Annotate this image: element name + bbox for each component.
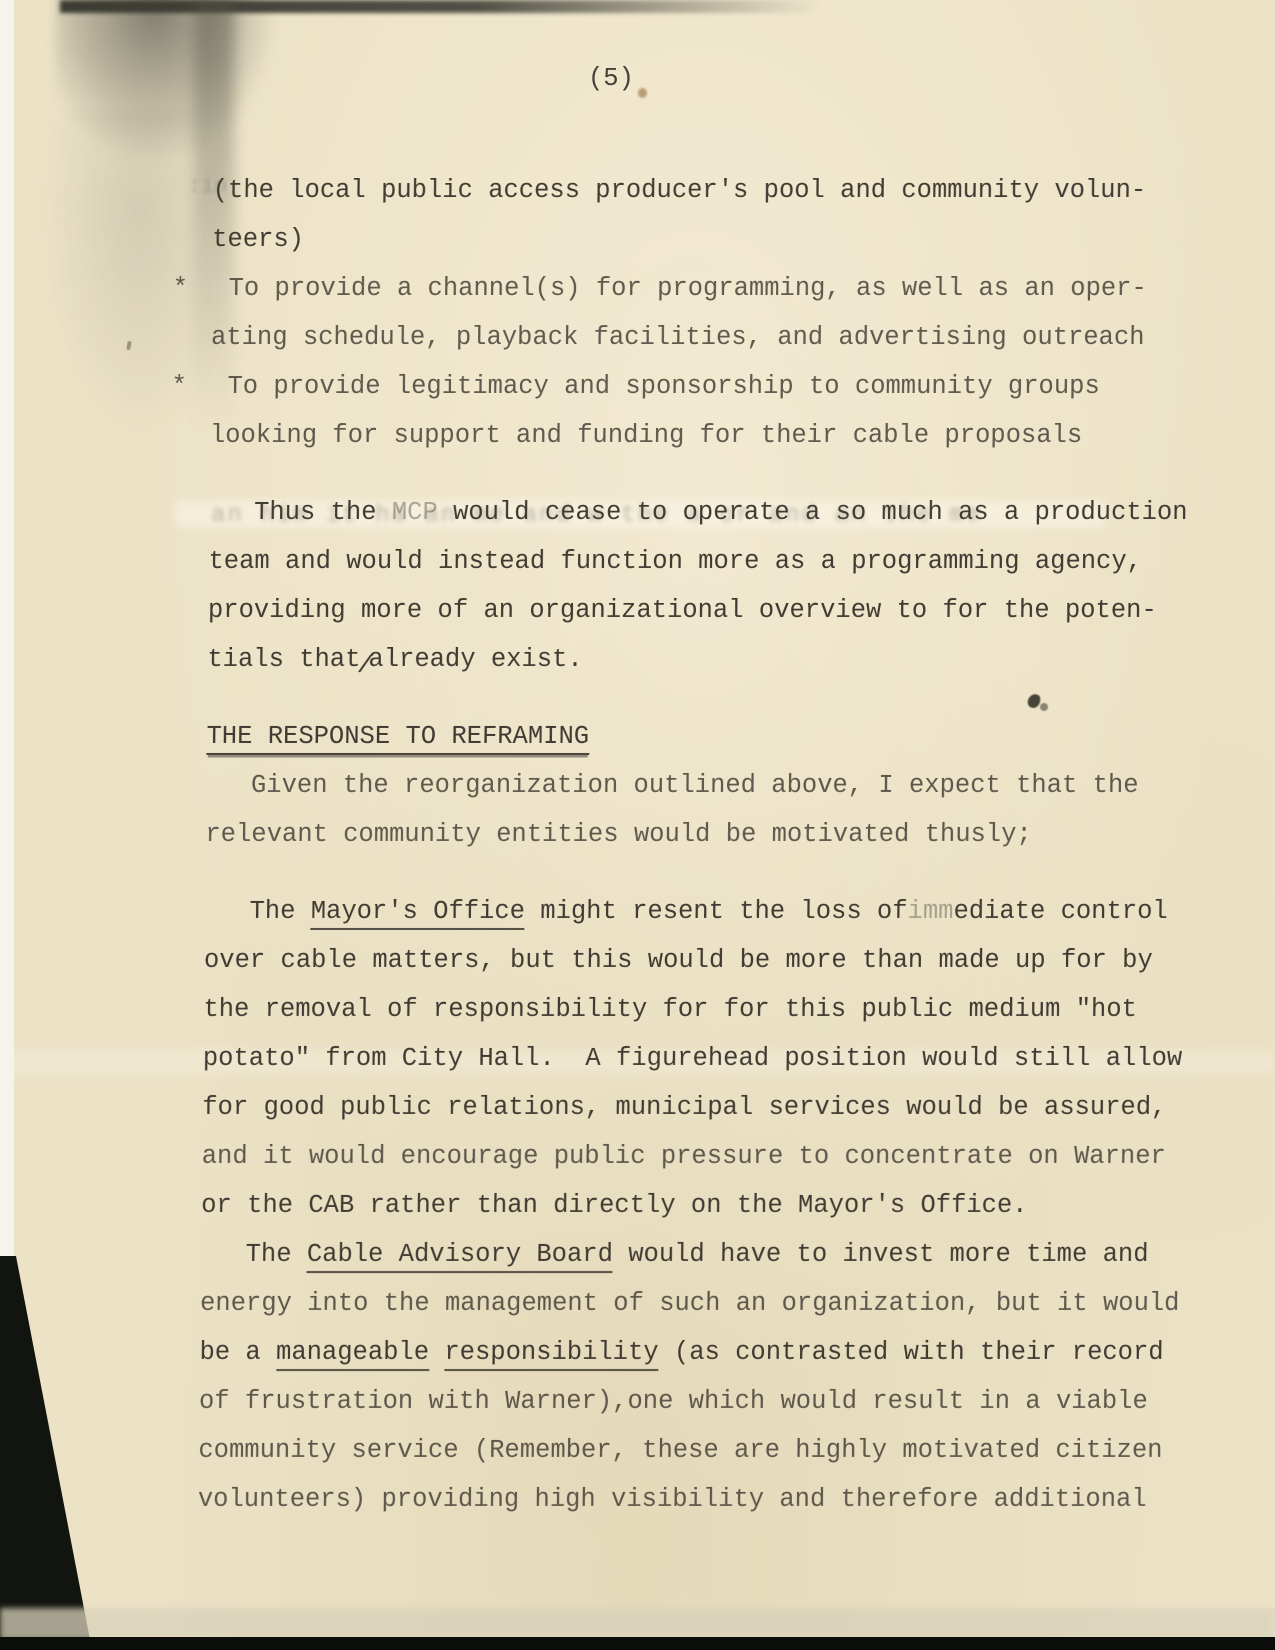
text-segment: over cable matters, but this would be mo…	[204, 946, 1153, 975]
text-segment: relevant community entities would be mot…	[205, 820, 1032, 849]
text-segment: imm	[907, 897, 953, 926]
text-segment: The	[245, 1240, 307, 1269]
bottom-fold-band	[0, 1608, 1275, 1640]
text-segment: might resent the loss of	[525, 897, 908, 926]
body-line: or the CAB rather than directly on the M…	[201, 1181, 1264, 1230]
text-segment: tials that	[207, 645, 360, 674]
bullet-asterisk: *	[171, 362, 187, 411]
text-segment: be a	[199, 1338, 276, 1367]
scanned-document: (5) :in an him it ha an me and w the a o…	[0, 0, 1275, 1650]
text-segment: for good public relations, municipal ser…	[202, 1093, 1166, 1122]
bullet-asterisk: *	[172, 264, 188, 313]
text-segment: ating schedule, playback facilities, and…	[211, 323, 1145, 352]
bullet-line: *To provide a channel(s) for programming…	[228, 264, 1274, 313]
body-line: Given the reorganization outlined above,…	[206, 761, 1269, 810]
body-line: of frustration with Warner),one which wo…	[199, 1377, 1262, 1426]
body-line: community service (Remember, these are h…	[198, 1426, 1261, 1475]
text-segment: The	[249, 897, 311, 926]
text-segment: of frustration with Warner),one which wo…	[199, 1387, 1148, 1416]
text-segment: and it would encourage public pressure t…	[202, 1142, 1166, 1171]
body-line: the removal of responsibility for for th…	[203, 985, 1266, 1034]
text-segment: looking for support and funding for thei…	[210, 421, 1083, 450]
text-segment: community service (Remember, these are h…	[198, 1436, 1162, 1465]
page-number: (5)	[588, 64, 634, 93]
text-segment: Thus the	[254, 498, 392, 527]
text-segment: To provide a channel(s) for programming,…	[228, 274, 1146, 303]
text-segment: ediate control	[953, 897, 1168, 926]
text-segment: providing more of an organizational over…	[208, 596, 1157, 625]
body-line: energy into the management of such an or…	[200, 1279, 1263, 1328]
body-line: relevant community entities would be mot…	[205, 810, 1268, 859]
underlined-text: Cable Advisory Board	[307, 1240, 613, 1273]
underlined-text: responsibility	[444, 1338, 659, 1371]
body-line: looking for support and funding for thei…	[210, 411, 1273, 460]
text-segment: volunteers) providing high visibility an…	[198, 1485, 1147, 1514]
underlined-text: THE RESPONSE TO REFRAMING	[206, 722, 589, 755]
body-line: be a manageable responsibility (as contr…	[199, 1328, 1262, 1377]
text-segment: team and would instead function more as …	[208, 547, 1142, 576]
text-segment: would have to invest more time and	[613, 1240, 1149, 1269]
bottom-scan-border	[0, 1637, 1275, 1650]
body-line: teers)	[212, 215, 1275, 264]
text-segment: already exist.	[368, 645, 583, 674]
underlined-text: manageable	[276, 1338, 429, 1371]
text-segment: (as contrasted with their record	[658, 1338, 1163, 1367]
text-segment: would cease to operate a so much as a pr…	[438, 498, 1188, 527]
body-line: potato" from City Hall. A figurehead pos…	[203, 1034, 1266, 1083]
text-segment	[429, 1338, 445, 1367]
underlined-text: Mayor's Office	[311, 897, 526, 930]
body-line: for good public relations, municipal ser…	[202, 1083, 1265, 1132]
text-segment: the removal of responsibility for for th…	[203, 995, 1137, 1024]
section-heading: THE RESPONSE TO REFRAMING	[206, 712, 1269, 761]
body-line: The Cable Advisory Board would have to i…	[200, 1230, 1263, 1279]
body-line: The Mayor's Office might resent the loss…	[204, 887, 1267, 936]
body-line: ating schedule, playback facilities, and…	[211, 313, 1274, 362]
text-segment: potato" from City Hall. A figurehead pos…	[203, 1044, 1183, 1073]
body-line: (the local public access producer's pool…	[212, 166, 1275, 215]
bullet-line: *To provide legitimacy and sponsorship t…	[227, 362, 1273, 411]
brown-speck	[638, 88, 647, 98]
text-segment: Given the reorganization outlined above,…	[251, 771, 1139, 800]
text-segment: teers)	[212, 225, 304, 254]
top-edge-shadow	[60, 0, 820, 13]
body-line: tials that/already exist.	[207, 635, 1270, 684]
text-segment: (the local public access producer's pool…	[213, 176, 1147, 205]
body-line: providing more of an organizational over…	[208, 586, 1271, 635]
body-line: volunteers) providing high visibility an…	[198, 1475, 1261, 1524]
body-line: Thus the MCP would cease to operate a so…	[209, 488, 1272, 537]
text-segment: To provide legitimacy and sponsorship to…	[227, 372, 1100, 401]
text-segment: MCP	[392, 498, 438, 527]
typed-lines: (the local public access producer's pool…	[198, 166, 1275, 1524]
typewritten-text: :in an him it ha an me and w the a or an…	[0, 166, 1275, 1524]
body-line: team and would instead function more as …	[208, 537, 1271, 586]
text-segment: energy into the management of such an or…	[200, 1289, 1180, 1318]
body-line: and it would encourage public pressure t…	[201, 1132, 1264, 1181]
text-segment: or the CAB rather than directly on the M…	[201, 1191, 1028, 1220]
stain-top-left	[55, 0, 275, 160]
body-line: over cable matters, but this would be mo…	[204, 936, 1267, 985]
paper-sheet: (5) :in an him it ha an me and w the a o…	[0, 0, 1275, 1650]
